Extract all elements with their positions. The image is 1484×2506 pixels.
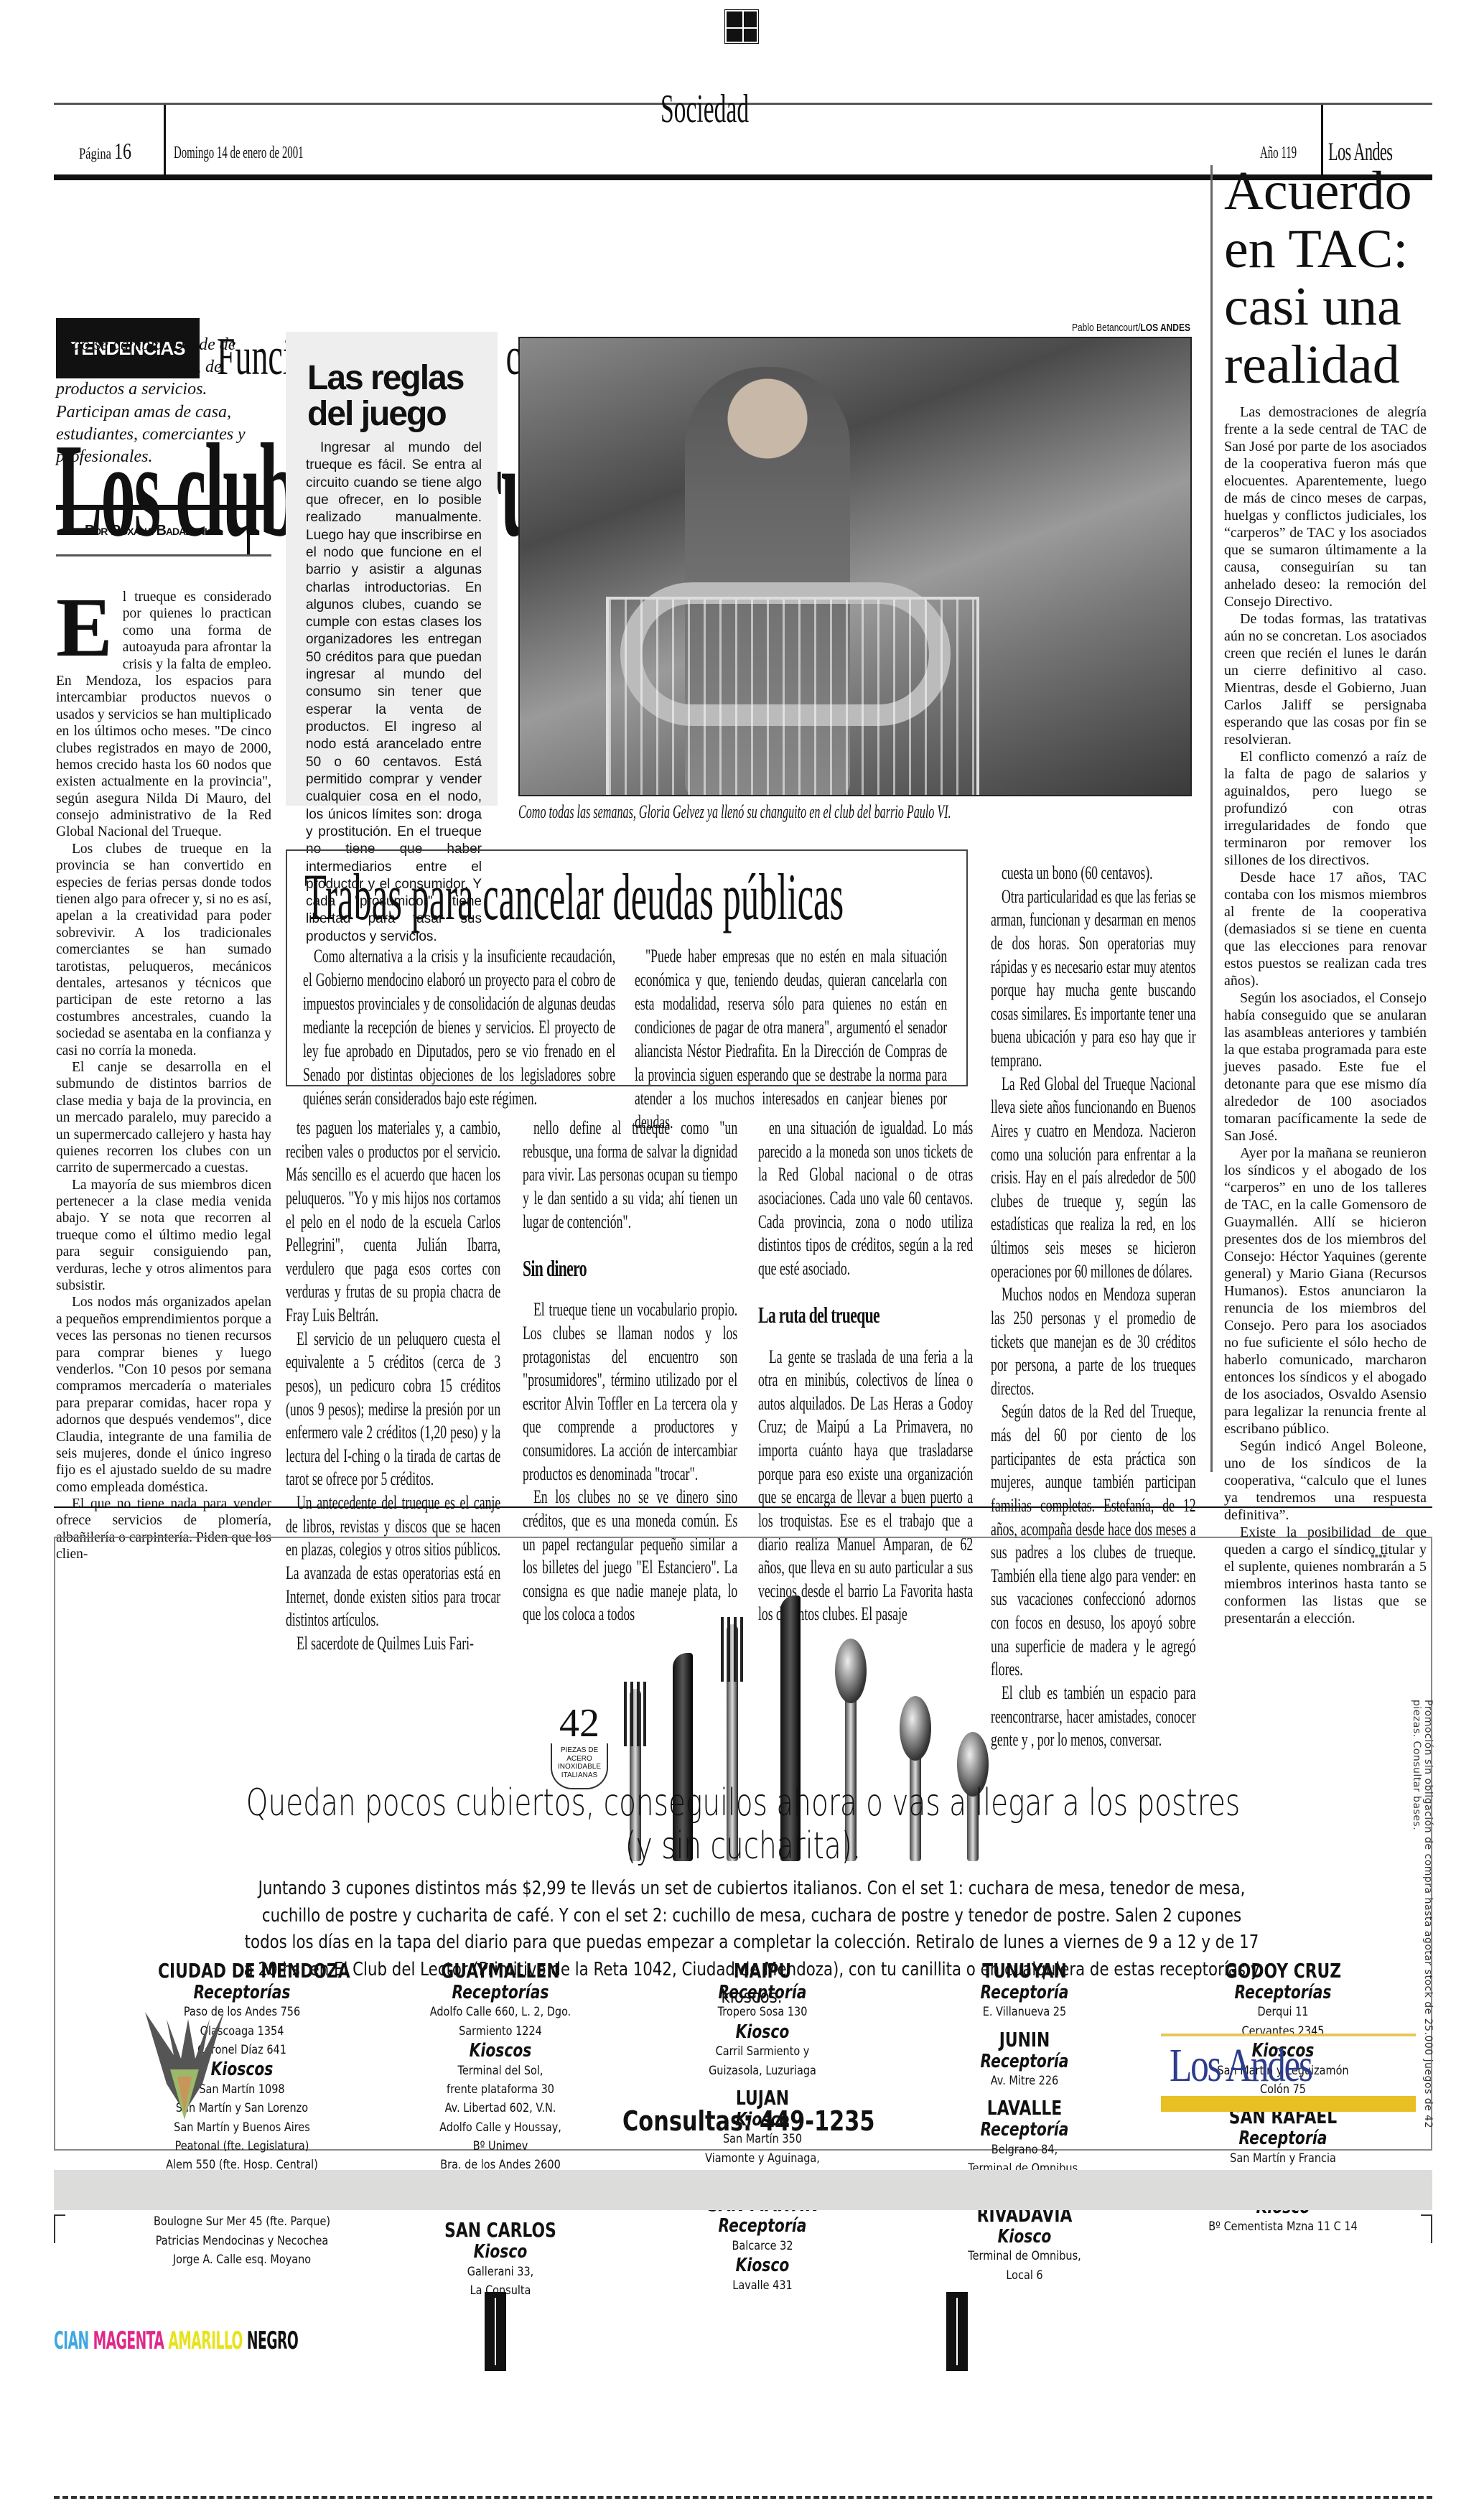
location-address: frente plataforma 30	[409, 2080, 592, 2099]
paragraph: Ayer por la mañana se reunieron los sínd…	[1224, 1145, 1427, 1438]
paragraph: La Red Global del Trueque Nacional lleva…	[991, 1073, 1196, 1284]
tac-body: Las demostraciones de alegría frente a l…	[1224, 404, 1427, 1627]
location-city: JUNIN	[941, 2029, 1109, 2051]
paragraph: De todas formas, las tratativas aún no s…	[1224, 610, 1427, 748]
location-city: TUNUYAN	[941, 1960, 1109, 1983]
location-city: GUAYMALLEN	[416, 1960, 584, 1983]
section-title: Sociedad	[661, 86, 749, 132]
trabas-box: Trabas para cancelar deudas públicas Com…	[286, 849, 968, 1086]
sidebar-box: Las reglas del juego Ingresar al mundo d…	[286, 332, 498, 806]
location-city: SAN CARLOS	[416, 2219, 584, 2242]
location-address: San Martín y Francia	[1192, 2149, 1375, 2168]
location-address: Terminal del Sol,	[409, 2062, 592, 2080]
gray-band	[54, 2170, 1432, 2210]
location-address: Peatonal (fte. Legislatura)	[151, 2137, 334, 2156]
byline-box: Por Roxana Badaloni	[56, 505, 271, 556]
location-address: Viamonte y Aguinaga,	[671, 2149, 854, 2168]
location-type: Receptorías	[1199, 1983, 1367, 2003]
location-type: Receptoría	[941, 1983, 1109, 2003]
location-address: Av. Libertad 602, V.N.	[409, 2099, 592, 2118]
paragraph: La mayoría de sus miembros dicen pertene…	[56, 1177, 271, 1295]
paragraph: en una situación de igualdad. Lo más par…	[758, 1117, 973, 1280]
column-rule	[1210, 165, 1213, 1472]
location-address: Adolfo Calle y Houssay,	[409, 2118, 592, 2137]
location-address: Terminal de Omnibus,	[933, 2247, 1116, 2265]
page-label: Página	[79, 144, 111, 162]
location-address: E. Villanueva 25	[933, 2003, 1116, 2021]
location-address: Av. Mitre 226	[933, 2072, 1116, 2090]
paragraph: Según indicó Angel Boleone, uno de los s…	[1224, 1438, 1427, 1524]
location-address: Boulogne Sur Mer 45 (fte. Parque)	[151, 2212, 334, 2231]
paragraph: Los clubes de trueque en la provincia se…	[56, 841, 271, 1059]
cutlery-advertisement: ▪▪▪▪ 42 PIEZAS DE ACERO INOXIDABLE ITALI…	[54, 1537, 1432, 2151]
subheading: Sin dinero	[523, 1254, 737, 1282]
subheading: La ruta del trueque	[758, 1300, 973, 1329]
location-address: Patricias Mendocinas y Necochea	[151, 2232, 334, 2250]
registration-mark-icon	[725, 10, 758, 43]
location-address: Belgrano 84,	[933, 2141, 1116, 2159]
logo-text: Los Andes	[1170, 2036, 1362, 2096]
location-type: Kioscos	[416, 2041, 584, 2062]
location-address: Gallerani 33,	[409, 2263, 592, 2281]
photo-shopping-cart	[606, 597, 979, 796]
issue-date: Domingo 14 de enero de 2001	[174, 144, 304, 163]
register-tick-icon	[946, 2292, 968, 2371]
location-type: Receptoría	[941, 2120, 1109, 2141]
location-type: Kiosco	[678, 2022, 846, 2043]
location-type: Receptoría	[678, 1983, 846, 2003]
cmyk-magenta: MAGENTA	[93, 2326, 164, 2355]
crop-mark-icon	[54, 2214, 65, 2243]
paragraph: Desde hace 17 años, TAC contaba con los …	[1224, 869, 1427, 989]
eagle-logo-icon	[138, 2005, 231, 2134]
location-type: Kiosco	[941, 2227, 1109, 2248]
byline: Por Roxana Badaloni	[85, 523, 207, 539]
paragraph: El servicio de un peluquero cuesta el eq…	[286, 1328, 500, 1491]
location-address: Tropero Sosa 130	[671, 2003, 854, 2021]
location-type: Receptorías	[416, 1983, 584, 2003]
location-address: Balcarce 32	[671, 2237, 854, 2255]
locations-column-4: TUNUYANReceptoríaE. Villanueva 25JUNINRe…	[917, 1953, 1132, 2285]
location-address: Sarmiento 1224	[409, 2022, 592, 2041]
los-andes-logo: Los Andes	[1161, 2034, 1416, 2127]
location-type: Receptoría	[678, 2216, 846, 2237]
location-address: Guizasola, Luzuriaga	[671, 2062, 854, 2080]
location-address: Local 6	[933, 2266, 1116, 2285]
sidebar-title: Las reglas del juego	[307, 360, 498, 433]
article-lead: Todo se cambia. Desde de alimentos a mue…	[56, 334, 271, 468]
locations-column-2: GUAYMALLENReceptoríasAdolfo Calle 660, L…	[393, 1953, 608, 2301]
badge-number: 42	[551, 1703, 608, 1743]
trabas-title: Trabas para cancelar deudas públicas	[304, 864, 844, 930]
location-address: Bº Unimev	[409, 2137, 592, 2156]
trabas-column-2: "Puede haber empresas que no estén en ma…	[635, 944, 947, 1134]
paragraph: El conflicto comenzó a raíz de la falta …	[1224, 748, 1427, 869]
cmyk-color-bar: CIAN MAGENTA AMARILLO NEGRO	[54, 2326, 298, 2355]
paragraph: Según los asociados, el Consejo había co…	[1224, 989, 1427, 1145]
location-address: Lavalle 431	[671, 2276, 854, 2295]
paragraph: Muchos nodos en Mendoza superan las 250 …	[991, 1283, 1196, 1400]
location-type: Receptoría	[941, 2051, 1109, 2072]
cmyk-yellow: AMARILLO	[168, 2326, 243, 2355]
location-type: Kiosco	[416, 2242, 584, 2263]
location-city: MAIPU	[678, 1960, 846, 1983]
location-address: Adolfo Calle 660, L. 2, Dgo.	[409, 2003, 592, 2021]
paragraph: El canje se desarrolla en el submundo de…	[56, 1059, 271, 1177]
crop-mark-icon	[1421, 2214, 1432, 2243]
location-address: Bº Cementista Mzna 11 C 14	[1192, 2217, 1375, 2236]
paragraph: Otra particularidad es que las ferias se…	[991, 885, 1196, 1073]
page-number-value: 16	[114, 138, 131, 164]
location-type: Kiosco	[678, 2255, 846, 2276]
photo-credit: Pablo Betancourt/LOS ANDES	[1072, 322, 1190, 334]
location-address: Carril Sarmiento y	[671, 2042, 854, 2061]
paragraph: El trueque tiene un vocabulario propio. …	[523, 1298, 737, 1486]
article-column-1: E l trueque es considerado por quienes l…	[56, 589, 271, 1563]
location-city: CIUDAD DE MENDOZA	[158, 1960, 326, 1983]
ad-agency-mark: ▪▪▪▪	[1371, 1552, 1386, 1559]
ad-headline-line2: (y sin cucharita).	[228, 1825, 1259, 1868]
cmyk-cyan: CIAN	[54, 2326, 89, 2355]
trabas-column-1: Como alternativa a la crisis y la insufi…	[303, 944, 615, 1110]
photo-credit-org: LOS ANDES	[1140, 322, 1190, 334]
location-city: GODOY CRUZ	[1199, 1960, 1367, 1983]
location-address: Derqui 11	[1192, 2003, 1375, 2021]
ad-phone: Consultas: 449-1235	[622, 2105, 875, 2137]
article-photo	[518, 337, 1192, 796]
tac-headline: Acuerdo en TAC: casi una realidad	[1224, 162, 1432, 393]
issue-year: Año 119	[1260, 144, 1297, 163]
photo-caption: Como todas las semanas, Gloria Gelvez ya…	[518, 801, 951, 823]
register-tick-icon	[485, 2292, 506, 2371]
paragraph: nello define al trueque como "un rebusqu…	[523, 1117, 737, 1234]
drop-cap: E	[56, 592, 113, 663]
paragraph: "Puede haber empresas que no estén en ma…	[635, 944, 947, 1134]
location-address: Jorge A. Calle esq. Moyano	[151, 2250, 334, 2269]
paragraph: Como alternativa a la crisis y la insufi…	[303, 944, 615, 1110]
location-type: Receptoría	[1199, 2128, 1367, 2149]
paragraph: cuesta un bono (60 centavos).	[991, 862, 1196, 885]
location-city: LAVALLE	[941, 2097, 1109, 2120]
photo-credit-name: Pablo Betancourt/	[1072, 322, 1140, 334]
page-number: Página 16	[79, 138, 131, 164]
paragraph: Las demostraciones de alegría frente a l…	[1224, 404, 1427, 610]
header-divider	[164, 105, 166, 174]
cmyk-black: NEGRO	[247, 2326, 298, 2355]
location-type: Receptorías	[158, 1983, 326, 2003]
cut-line	[54, 2496, 1432, 2499]
paragraph: tes paguen los materiales y, a cambio, r…	[286, 1117, 500, 1328]
ad-separator	[54, 1506, 1432, 1508]
paragraph: Los nodos más organizados apelan a peque…	[56, 1294, 271, 1496]
ad-headline: Quedan pocos cubiertos, conseguilos ahor…	[228, 1782, 1259, 1868]
logo-bar-bottom	[1161, 2096, 1416, 2112]
ad-headline-line1: Quedan pocos cubiertos, conseguilos ahor…	[228, 1782, 1259, 1825]
